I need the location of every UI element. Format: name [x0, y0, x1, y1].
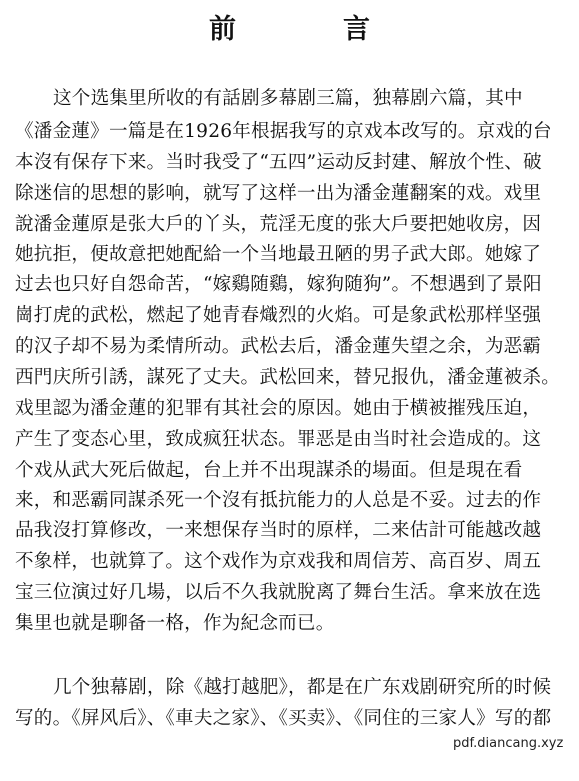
text-line: 宝三位演过好几場，以后不久我就脫离了舞台生活。拿来放在选 — [15, 578, 575, 608]
text-line: 来，和恶霸同謀杀死一个沒有抵抗能力的人总是不妥。过去的作 — [15, 486, 575, 516]
text-line: 崗打虎的武松，燃起了她青春熾烈的火焰。可是象武松那样坚强 — [15, 301, 575, 331]
text-line: 过去也只好自怨命苦，“嫁鷄随鷄，嫁狗随狗”。不想遇到了景阳 — [15, 270, 575, 300]
text-line: 不象样，也就算了。这个戏作为京戏我和周信芳、高百岁、周五 — [15, 547, 575, 577]
watermark: pdf.diancang.xyz — [453, 736, 563, 751]
text-line: 的汉子却不易为柔情所动。武松去后，潘金蓮失望之余，为恶霸 — [15, 332, 575, 362]
text-line: 《潘金蓮》一篇是在1926年根据我写的京戏本改写的。京戏的台 — [15, 117, 575, 147]
text-line: 西門庆所引誘，謀死了丈夫。武松回来，替兄报仇，潘金蓮被杀。 — [15, 363, 575, 393]
text-line: 說潘金蓮原是张大戶的丫头，荒淫无度的张大戶要把她收房，因 — [15, 210, 575, 240]
book-page: 前 言 这个选集里所收的有話剧多幕剧三篇，独幕剧六篇，其中 《潘金蓮》一篇是在1… — [0, 0, 579, 781]
text-line: 她抗拒，便故意把她配給一个当地最丑陋的男子武大郎。她嫁了 — [15, 240, 575, 270]
page-title: 前 言 — [0, 12, 579, 48]
text-line: 几个独幕剧，除《越打越肥》，都是在广东戏剧研究所的时候 — [53, 673, 575, 703]
text-line: 个戏从武大死后做起，台上并不出現謀杀的場面。但是現在看 — [15, 456, 575, 486]
text-line: 这个选集里所收的有話剧多幕剧三篇，独幕剧六篇，其中 — [53, 84, 575, 114]
text-line: 集里也就是聊备一格，作为紀念而已。 — [15, 609, 575, 639]
text-line: 写的。《屏风后》、《車夫之家》、《买卖》、《同住的三家人》写的都 — [15, 704, 575, 734]
text-line: 品我沒打算修改，一来想保存当时的原样，二来估計可能越改越 — [15, 516, 575, 546]
text-line: 产生了变态心里，致成疯狂状态。罪恶是由当时社会造成的。这 — [15, 425, 575, 455]
text-line: 本沒有保存下来。当时我受了“五四”运动反封建、解放个性、破 — [15, 148, 575, 178]
text-line: 戏里認为潘金蓮的犯罪有其社会的原因。她由于横被摧残压迫， — [15, 394, 575, 424]
text-line: 除迷信的思想的影响，就写了这样一出为潘金蓮翻案的戏。戏里 — [15, 179, 575, 209]
